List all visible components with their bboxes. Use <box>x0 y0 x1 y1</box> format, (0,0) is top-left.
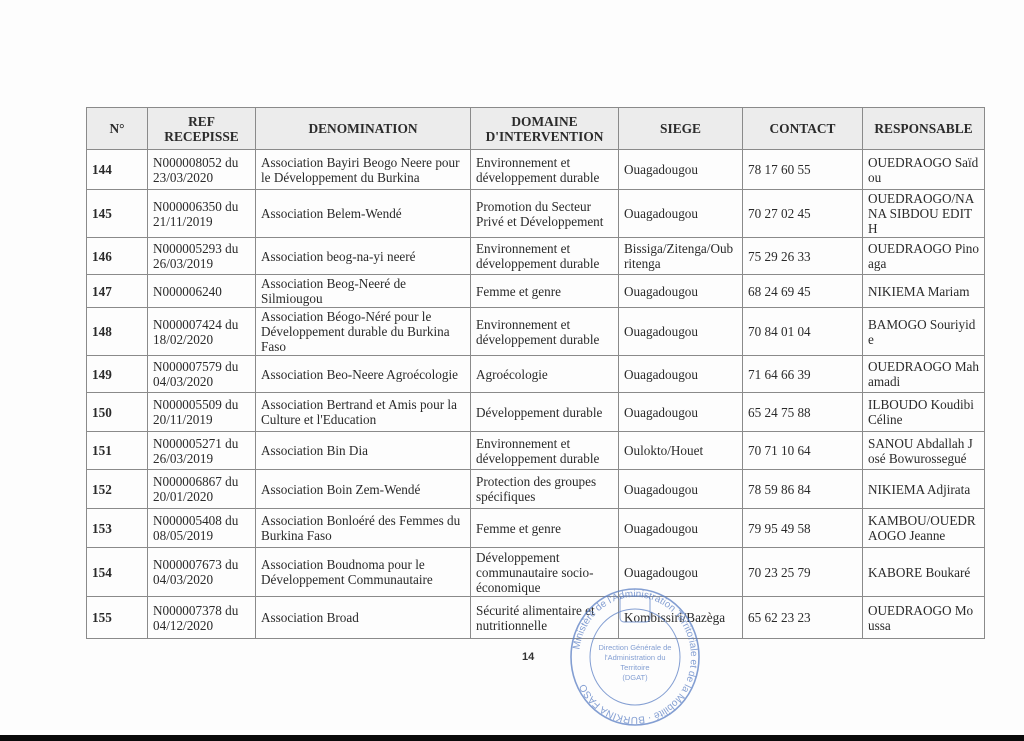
cell-domaine: Environnement et développement durable <box>471 432 619 470</box>
table-row: 145N000006350 du 21/11/2019Association B… <box>87 190 985 238</box>
cell-domaine: Agroécologie <box>471 356 619 393</box>
svg-text:Direction Générale de: Direction Générale de <box>599 643 672 652</box>
cell-siege: Ouagadougou <box>619 509 743 548</box>
cell-responsable: OUEDRAOGO/NANA SIBDOU EDITH <box>863 190 985 238</box>
table-row: 146N000005293 du 26/03/2019Association b… <box>87 238 985 275</box>
table-row: 153N000005408 du 08/05/2019Association B… <box>87 509 985 548</box>
cell-ref: N000007673 du 04/03/2020 <box>148 548 256 597</box>
cell-siege: Ouagadougou <box>619 393 743 432</box>
table-row: 147N000006240Association Beog-Neeré de S… <box>87 275 985 308</box>
cell-num: 150 <box>87 393 148 432</box>
cell-domaine: Développement durable <box>471 393 619 432</box>
header-num: N° <box>87 108 148 150</box>
header-ref-recepisse: REF RECEPISSE <box>148 108 256 150</box>
table-row: 148N000007424 du 18/02/2020Association B… <box>87 308 985 356</box>
cell-responsable: OUEDRAOGO Moussa <box>863 597 985 639</box>
cell-contact: 70 27 02 45 <box>743 190 863 238</box>
cell-num: 148 <box>87 308 148 356</box>
cell-domaine: Promotion du Secteur Privé et Développem… <box>471 190 619 238</box>
cell-contact: 65 62 23 23 <box>743 597 863 639</box>
table-body: 144N000008052 du 23/03/2020Association B… <box>87 150 985 639</box>
cell-domaine: Environnement et développement durable <box>471 238 619 275</box>
cell-siege: Ouagadougou <box>619 356 743 393</box>
cell-ref: N000007378 du 04/12/2020 <box>148 597 256 639</box>
cell-denomination: Association Bonloéré des Femmes du Burki… <box>256 509 471 548</box>
cell-contact: 65 24 75 88 <box>743 393 863 432</box>
cell-responsable: ILBOUDO Koudibi Céline <box>863 393 985 432</box>
cell-ref: N000008052 du 23/03/2020 <box>148 150 256 190</box>
cell-num: 154 <box>87 548 148 597</box>
cell-contact: 78 59 86 84 <box>743 470 863 509</box>
table-row: 150N000005509 du 20/11/2019Association B… <box>87 393 985 432</box>
cell-ref: N000005509 du 20/11/2019 <box>148 393 256 432</box>
cell-ref: N000005271 du 26/03/2019 <box>148 432 256 470</box>
cell-domaine: Protection des groupes spécifiques <box>471 470 619 509</box>
header-contact: CONTACT <box>743 108 863 150</box>
cell-responsable: KAMBOU/OUEDRAOGO Jeanne <box>863 509 985 548</box>
table-header-row: N° REF RECEPISSE DENOMINATION DOMAINE D'… <box>87 108 985 150</box>
cell-denomination: Association Bayiri Beogo Neere pour le D… <box>256 150 471 190</box>
header-responsable: RESPONSABLE <box>863 108 985 150</box>
page-number: 14 <box>522 651 534 663</box>
svg-text:l'Administration du: l'Administration du <box>604 653 665 662</box>
header-domaine: DOMAINE D'INTERVENTION <box>471 108 619 150</box>
cell-num: 151 <box>87 432 148 470</box>
cell-num: 147 <box>87 275 148 308</box>
cell-num: 155 <box>87 597 148 639</box>
cell-num: 144 <box>87 150 148 190</box>
svg-text:(DGAT): (DGAT) <box>622 673 648 682</box>
header-denomination: DENOMINATION <box>256 108 471 150</box>
cell-contact: 70 71 10 64 <box>743 432 863 470</box>
cell-contact: 79 95 49 58 <box>743 509 863 548</box>
cell-denomination: Association Belem-Wendé <box>256 190 471 238</box>
cell-siege: Kombissiri/Bazèga <box>619 597 743 639</box>
cell-responsable: NIKIEMA Mariam <box>863 275 985 308</box>
cell-denomination: Association Béogo-Néré pour le Développe… <box>256 308 471 356</box>
cell-ref: N000006240 <box>148 275 256 308</box>
table-row: 155N000007378 du 04/12/2020Association B… <box>87 597 985 639</box>
table-row: 149N000007579 du 04/03/2020Association B… <box>87 356 985 393</box>
cell-responsable: OUEDRAOGO Pinoaga <box>863 238 985 275</box>
cell-domaine: Femme et genre <box>471 509 619 548</box>
cell-ref: N000007579 du 04/03/2020 <box>148 356 256 393</box>
table-row: 144N000008052 du 23/03/2020Association B… <box>87 150 985 190</box>
cell-responsable: OUEDRAOGO Saïdou <box>863 150 985 190</box>
cell-ref: N000005293 du 26/03/2019 <box>148 238 256 275</box>
cell-contact: 70 84 01 04 <box>743 308 863 356</box>
cell-responsable: NIKIEMA Adjirata <box>863 470 985 509</box>
cell-denomination: Association Bertrand et Amis pour la Cul… <box>256 393 471 432</box>
cell-siege: Ouagadougou <box>619 150 743 190</box>
cell-num: 146 <box>87 238 148 275</box>
cell-num: 152 <box>87 470 148 509</box>
cell-denomination: Association Bin Dia <box>256 432 471 470</box>
table-row: 154N000007673 du 04/03/2020Association B… <box>87 548 985 597</box>
cell-responsable: OUEDRAOGO Mahamadi <box>863 356 985 393</box>
cell-responsable: BAMOGO Souriyide <box>863 308 985 356</box>
cell-contact: 75 29 26 33 <box>743 238 863 275</box>
associations-table: N° REF RECEPISSE DENOMINATION DOMAINE D'… <box>86 107 985 639</box>
cell-contact: 78 17 60 55 <box>743 150 863 190</box>
cell-ref: N000005408 du 08/05/2019 <box>148 509 256 548</box>
cell-domaine: Femme et genre <box>471 275 619 308</box>
cell-domaine: Développement communautaire socio-économ… <box>471 548 619 597</box>
cell-contact: 71 64 66 39 <box>743 356 863 393</box>
cell-denomination: Association Boudnoma pour le Développeme… <box>256 548 471 597</box>
cell-contact: 68 24 69 45 <box>743 275 863 308</box>
cell-contact: 70 23 25 79 <box>743 548 863 597</box>
cell-ref: N000007424 du 18/02/2020 <box>148 308 256 356</box>
cell-responsable: SANOU Abdallah José Bowurossegué <box>863 432 985 470</box>
cell-denomination: Association beog-na-yi neeré <box>256 238 471 275</box>
document-page: N° REF RECEPISSE DENOMINATION DOMAINE D'… <box>0 0 1024 735</box>
cell-siege: Ouagadougou <box>619 308 743 356</box>
table-row: 151N000005271 du 26/03/2019Association B… <box>87 432 985 470</box>
cell-denomination: Association Beog-Neeré de Silmiougou <box>256 275 471 308</box>
cell-domaine: Environnement et développement durable <box>471 308 619 356</box>
cell-num: 153 <box>87 509 148 548</box>
cell-siege: Oulokto/Houet <box>619 432 743 470</box>
bottom-border <box>0 735 1024 741</box>
cell-num: 145 <box>87 190 148 238</box>
cell-num: 149 <box>87 356 148 393</box>
header-siege: SIEGE <box>619 108 743 150</box>
cell-denomination: Association Broad <box>256 597 471 639</box>
cell-siege: Ouagadougou <box>619 275 743 308</box>
cell-responsable: KABORE Boukaré <box>863 548 985 597</box>
svg-text:Territoire: Territoire <box>620 663 649 672</box>
cell-denomination: Association Boin Zem-Wendé <box>256 470 471 509</box>
table-row: 152N000006867 du 20/01/2020Association B… <box>87 470 985 509</box>
cell-ref: N000006350 du 21/11/2019 <box>148 190 256 238</box>
cell-siege: Bissiga/Zitenga/Oubritenga <box>619 238 743 275</box>
cell-domaine: Sécurité alimentaire et nutritionnelle <box>471 597 619 639</box>
cell-siege: Ouagadougou <box>619 470 743 509</box>
cell-siege: Ouagadougou <box>619 548 743 597</box>
cell-domaine: Environnement et développement durable <box>471 150 619 190</box>
cell-siege: Ouagadougou <box>619 190 743 238</box>
cell-denomination: Association Beo-Neere Agroécologie <box>256 356 471 393</box>
cell-ref: N000006867 du 20/01/2020 <box>148 470 256 509</box>
